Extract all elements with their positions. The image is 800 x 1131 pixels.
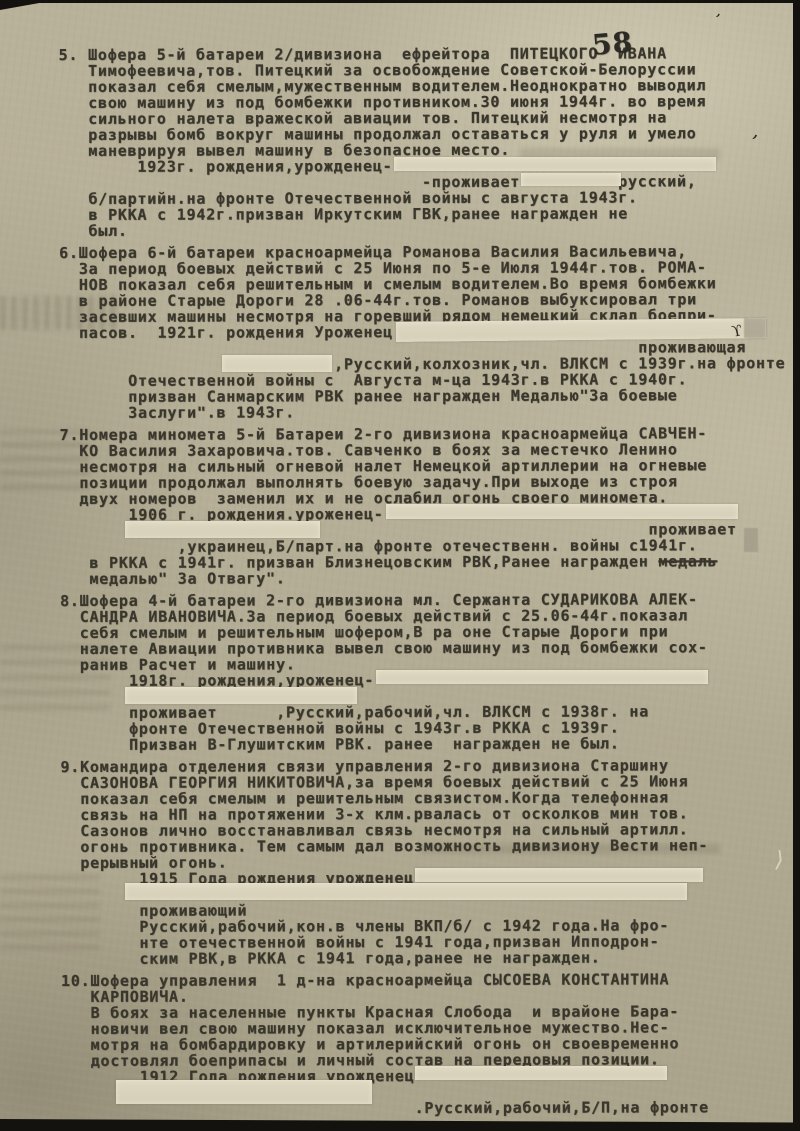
document-page: 5. Шофера 5-й батареи 2/дивизиона ефрейт…: [0, 0, 800, 1131]
paragraph-7: 7.Номера миномета 5-й Батареи 2-го дивиз…: [60, 425, 780, 587]
paragraph-9: 9.Командира отделения связи управления 2…: [60, 757, 781, 967]
paragraph-7-tail: медалью" За Отвагу".: [60, 569, 780, 587]
paragraph-5: 5. Шофера 5-й батареи 2/дивизиона ефрейт…: [59, 45, 780, 239]
scan-edge-corner: [0, 0, 56, 10]
typewritten-text: 5. Шофера 5-й батареи 2/дивизиона ефрейт…: [59, 45, 782, 1117]
paragraph-7-text: 7.Номера миномета 5-й Батареи 2-го дивиз…: [60, 425, 780, 555]
paragraph-6: 6.Шофера 6-й батареи красноармейца Роман…: [59, 243, 779, 421]
grey-smear: [744, 528, 758, 552]
scan-edge-bottom: [0, 1119, 800, 1131]
grey-smear: [744, 318, 766, 338]
paragraph-10: 10.Шофера управления 1 д-на красноармейц…: [61, 971, 781, 1117]
paragraph-7-struck-line: в РККА с 1941г. призван Близнецовским РВ…: [60, 553, 780, 571]
page-number: 58: [591, 28, 634, 59]
paragraph-8: 8.Шофера 4-й батареи 2-го дивизиона мл. …: [60, 591, 780, 753]
struck-word: медаль: [658, 552, 717, 570]
ink-mark: ’: [711, 10, 722, 30]
scan-edge-top: [0, 0, 800, 3]
scan-edge-right: [793, 0, 800, 1131]
